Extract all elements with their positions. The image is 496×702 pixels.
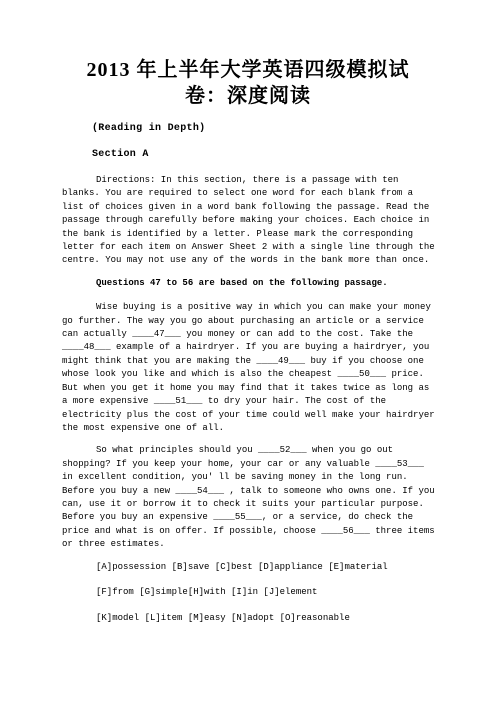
document-title: 2013 年上半年大学英语四级模拟试 卷：深度阅读 bbox=[10, 57, 486, 109]
exam-document-page: 2013 年上半年大学英语四级模拟试 卷：深度阅读 (Reading in De… bbox=[0, 0, 496, 702]
word-bank-line-2: [F]from [G]simple[H]with [I]in [J]elemen… bbox=[96, 586, 440, 599]
document-body: (Reading in Depth) Section A Directions:… bbox=[62, 122, 440, 626]
passage-paragraph-2: So what principles should you ____52___ … bbox=[62, 444, 440, 551]
document-title-line-1: 2013 年上半年大学英语四级模拟试 bbox=[10, 57, 486, 83]
document-title-line-2: 卷：深度阅读 bbox=[10, 83, 486, 109]
section-a-heading: Section A bbox=[92, 148, 440, 161]
word-bank-line-1: [A]possession [B]save [C]best [D]applian… bbox=[96, 561, 440, 574]
reading-in-depth-heading: (Reading in Depth) bbox=[92, 122, 440, 135]
word-bank-line-3: [K]model [L]item [M]easy [N]adopt [O]rea… bbox=[96, 612, 440, 625]
directions-paragraph: Directions: In this section, there is a … bbox=[62, 174, 440, 268]
passage-paragraph-1: Wise buying is a positive way in which y… bbox=[62, 301, 440, 435]
questions-range-heading: Questions 47 to 56 are based on the foll… bbox=[96, 277, 440, 290]
